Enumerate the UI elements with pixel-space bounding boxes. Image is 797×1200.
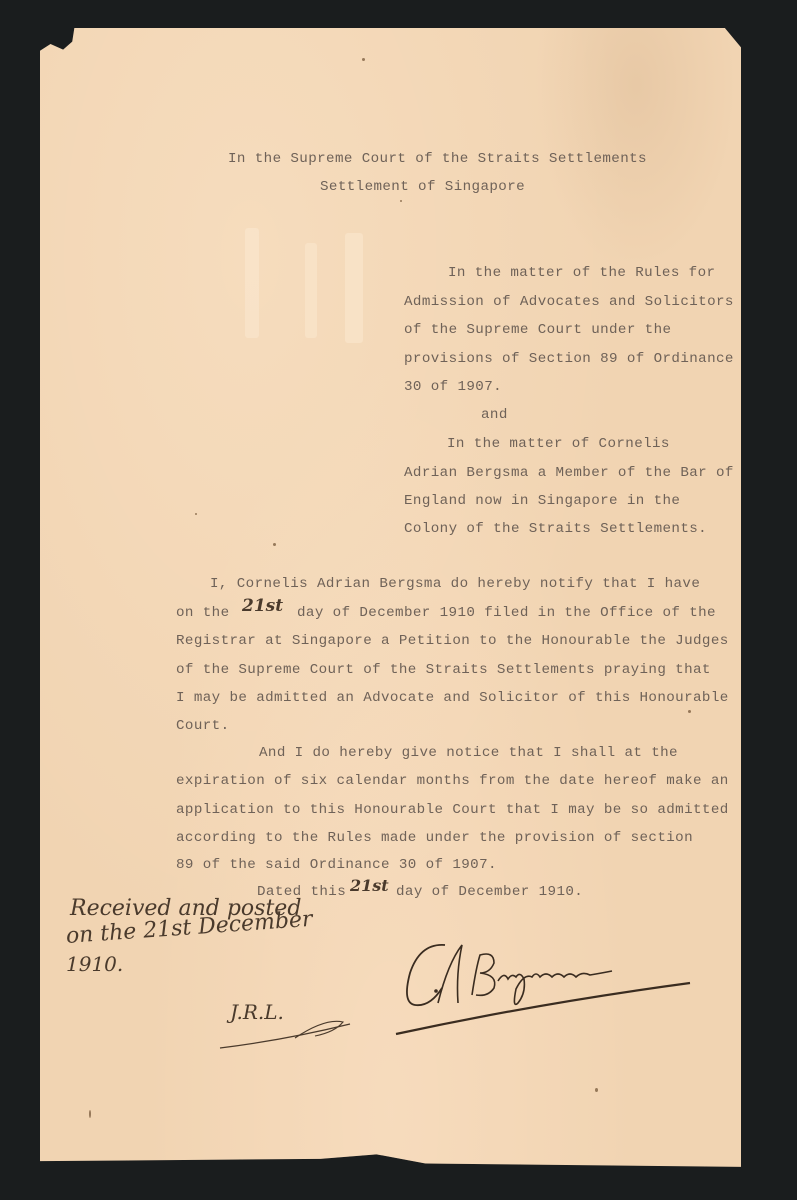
body-line: And I do hereby give notice that I shall… xyxy=(259,746,678,760)
handwritten-day: 21st xyxy=(350,876,389,895)
matter-line: provisions of Section 89 of Ordinance xyxy=(404,352,734,366)
body-line: I may be admitted an Advocate and Solici… xyxy=(176,691,729,705)
body-line: according to the Rules made under the pr… xyxy=(176,831,693,845)
dated-suffix: day of December 1910. xyxy=(396,885,583,899)
matter-line: 30 of 1907. xyxy=(404,380,502,394)
matter-line: Admission of Advocates and Solicitors xyxy=(404,295,734,309)
matter-line: In the matter of the Rules for xyxy=(448,266,715,280)
paper-speck xyxy=(273,543,276,546)
show-through-mark xyxy=(305,243,317,338)
document-page: In the Supreme Court of the Straits Sett… xyxy=(40,28,741,1168)
body-line: application to this Honourable Court tha… xyxy=(176,803,729,817)
matter-line: Colony of the Straits Settlements. xyxy=(404,522,707,536)
paper-speck xyxy=(89,1110,91,1118)
initials-underline xyxy=(215,1018,355,1058)
signature xyxy=(390,933,700,1043)
paper-speck xyxy=(595,1088,598,1092)
body-line: of the Supreme Court of the Straits Sett… xyxy=(176,663,711,677)
paper-speck xyxy=(195,513,197,515)
body-line: Registrar at Singapore a Petition to the… xyxy=(176,634,729,648)
matter-line: Adrian Bergsma a Member of the Bar of xyxy=(404,466,734,480)
body-line: day of December 1910 filed in the Office… xyxy=(297,606,716,620)
matter-line: of the Supreme Court under the xyxy=(404,323,671,337)
body-line: on the xyxy=(176,606,229,620)
body-line: Court. xyxy=(176,719,229,733)
handwritten-day: 21st xyxy=(242,596,283,616)
paper-speck xyxy=(688,710,691,713)
body-line: expiration of six calendar months from t… xyxy=(176,774,729,788)
body-line: I, Cornelis Adrian Bergsma do hereby not… xyxy=(210,577,700,591)
show-through-mark xyxy=(345,233,363,343)
annotation-line: 1910. xyxy=(66,952,123,976)
show-through-mark xyxy=(245,228,259,338)
settlement-heading: Settlement of Singapore xyxy=(320,180,525,194)
matter-line: England now in Singapore in the xyxy=(404,494,680,508)
body-line: 89 of the said Ordinance 30 of 1907. xyxy=(176,858,497,872)
matter-conjunction: and xyxy=(481,408,508,422)
paper-speck xyxy=(362,58,365,61)
paper-speck xyxy=(400,200,402,202)
court-heading: In the Supreme Court of the Straits Sett… xyxy=(228,152,647,166)
matter-line: In the matter of Cornelis xyxy=(447,437,670,451)
